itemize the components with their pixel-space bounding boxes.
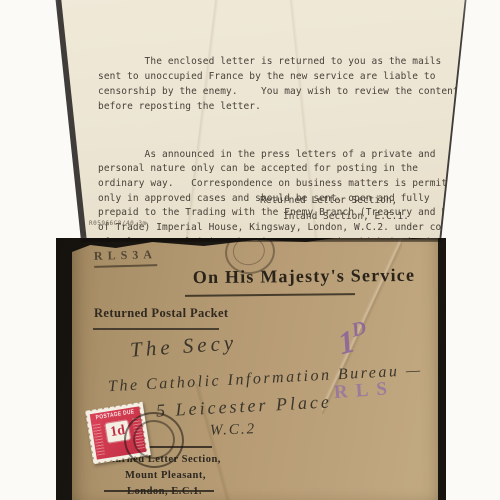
address-line-1: The Secy: [129, 330, 238, 362]
pencil-rls-mark: RLS: [333, 378, 395, 404]
ohms-heading: On His Majesty's Service: [176, 265, 432, 289]
returned-postal-packet-label: Returned Postal Packet: [94, 306, 228, 321]
stamp-top-label: POSTAGE DUE: [94, 409, 135, 421]
notice-paragraph-1: The enclosed letter is returned to you a…: [98, 55, 470, 114]
address-line-4: W.C.2: [210, 421, 257, 440]
signature-line-2: Inland Section, E.C.1.: [283, 211, 409, 222]
return-block-line-3: London, E.C.1.: [127, 484, 221, 500]
subheading-rule: [93, 328, 219, 330]
printers-code: R05966C8/40 3m: [89, 220, 147, 227]
rls3a-handstamp: RLS3A: [94, 247, 157, 268]
return-block-line-2: Mount Pleasant,: [125, 468, 221, 484]
ohms-envelope: RLS3A On His Majesty's Service Returned …: [72, 234, 438, 500]
stamp-postmark-inner-ring: [131, 418, 177, 461]
return-block-rule-bottom: [104, 490, 214, 492]
signature-line-1: Returned Letter Section,: [260, 195, 397, 206]
photo-of-postal-items: RLS3A On His Majesty's Service Returned …: [0, 0, 500, 500]
returned-letter-notice-card: The enclosed letter is returned to you a…: [58, 0, 466, 238]
